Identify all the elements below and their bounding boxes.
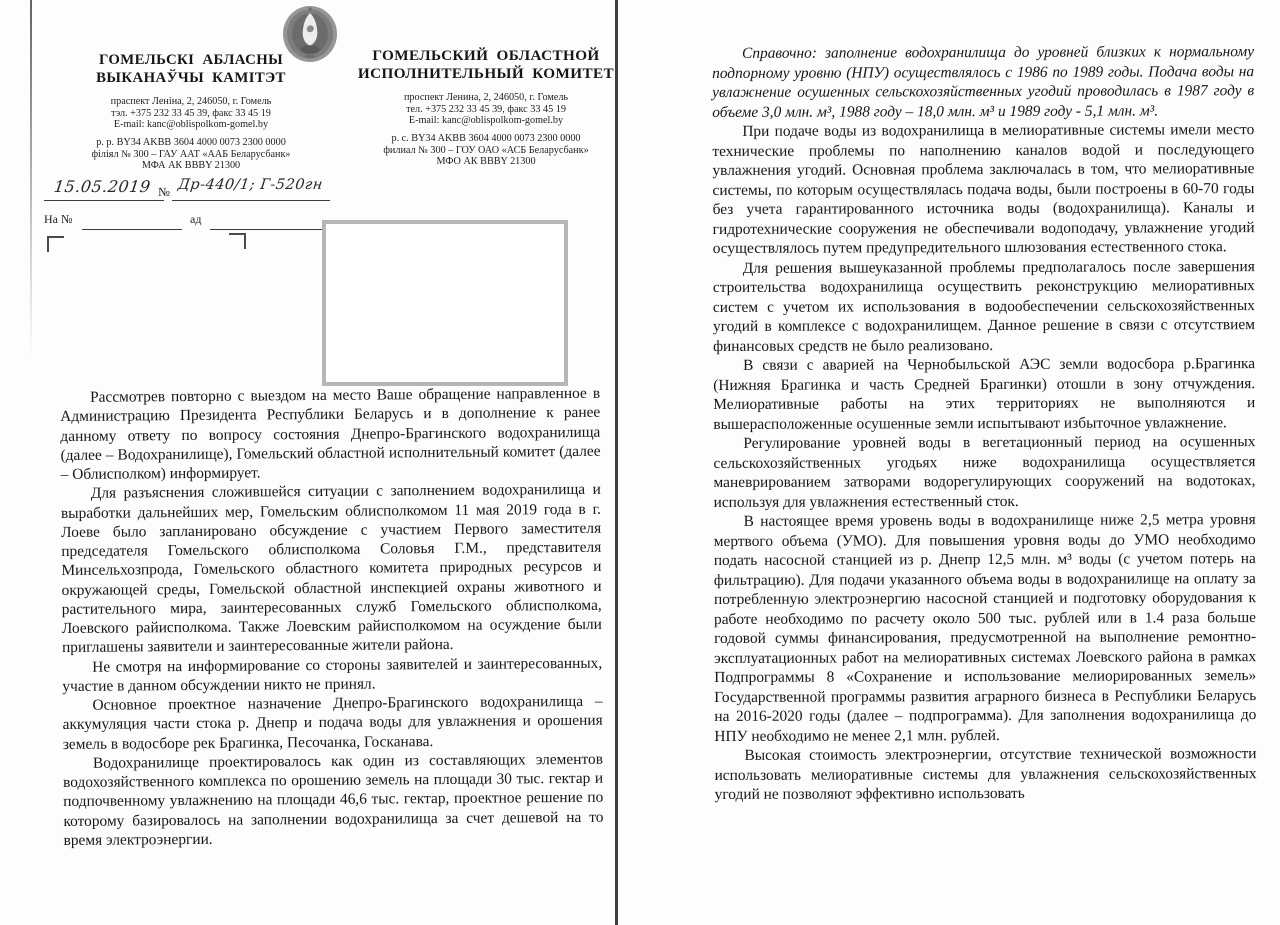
address-line: тэл. +375 232 33 45 39, факс 33 45 19	[58, 108, 324, 120]
incoming-from-label: ад	[190, 212, 201, 227]
incoming-from-underline	[210, 228, 324, 230]
paragraph: При подаче воды из водохранилища в мелио…	[712, 120, 1254, 258]
number-underline	[172, 199, 330, 201]
paragraph: Водохранилище проектировалось как один и…	[63, 749, 604, 849]
paragraph: Для разъяснения сложившейся ситуации с з…	[61, 480, 602, 657]
scanned-letter: ГОМЕЛЬСКІ АБЛАСНЫ ВЫКАНАЎЧЫ КАМІТЭТ прас…	[0, 0, 1280, 925]
letter-body-right: Справочно: заполнение водохранилища до у…	[712, 42, 1257, 804]
paragraph: Рассмотрев повторно с выездом на место В…	[60, 384, 601, 484]
page-divider	[615, 0, 618, 925]
org-title-line: ИСПОЛНИТЕЛЬНЫЙ КОМИТЕТ	[350, 65, 622, 83]
incoming-ref-label: На №	[44, 212, 72, 227]
addressee-corner-mark-right	[229, 233, 246, 249]
bank-line: р. р. BY34 AKBB 3604 4000 0073 2300 0000	[48, 137, 334, 149]
paragraph: В настоящее время уровень воды в водохра…	[714, 510, 1257, 746]
address-line: праспект Леніна, 2, 246050, г. Гомель	[58, 96, 324, 108]
address-line: E-mail: kanc@oblispolkom-gomel.by	[350, 115, 622, 127]
address-line: проспект Ленина, 2, 246050, г. Гомель	[350, 92, 622, 104]
bank-line: філіял № 300 – ГАУ ААТ «ААБ Беларусбанк»	[48, 149, 334, 161]
outgoing-number-label: №	[158, 185, 170, 200]
org-title-line: ВЫКАНАЎЧЫ КАМІТЭТ	[58, 70, 324, 88]
outgoing-number-handwritten: Др-440/1; Г-520гн	[177, 177, 324, 193]
org-title-belarusian: ГОМЕЛЬСКІ АБЛАСНЫ ВЫКАНАЎЧЫ КАМІТЭТ	[58, 52, 324, 87]
address-line: тел. +375 232 33 45 39, факс 33 45 19	[350, 104, 622, 116]
org-address-russian: проспект Ленина, 2, 246050, г. Гомель те…	[350, 92, 622, 127]
scan-edge-shadow	[30, 0, 32, 360]
incoming-ref-underline	[82, 228, 182, 230]
org-bank-details-russian: р. с. BY34 AKBB 3604 4000 0073 2300 0000…	[342, 133, 630, 168]
paragraph: Не смотря на информирование со стороны з…	[62, 653, 602, 696]
org-title-line: ГОМЕЛЬСКИЙ ОБЛАСТНОЙ	[350, 47, 622, 65]
org-bank-details-belarusian: р. р. BY34 AKBB 3604 4000 0073 2300 0000…	[48, 137, 334, 172]
paragraph: В связи с аварией на Чернобыльской АЭС з…	[713, 354, 1255, 434]
org-title-line: ГОМЕЛЬСКІ АБЛАСНЫ	[58, 52, 324, 70]
addressee-corner-mark-left	[47, 236, 64, 252]
org-title-russian: ГОМЕЛЬСКИЙ ОБЛАСТНОЙ ИСПОЛНИТЕЛЬНЫЙ КОМИ…	[350, 47, 622, 83]
date-underline	[44, 199, 164, 201]
paragraph: Основное проектное назначение Днепро-Бра…	[62, 692, 602, 754]
bank-line: р. с. BY34 AKBB 3604 4000 0073 2300 0000	[342, 133, 630, 145]
address-line: E-mail: kanc@oblispolkom-gomel.by	[58, 119, 324, 131]
bank-line: МФО АК BBBY 21300	[342, 156, 630, 168]
letter-body-left: Рассмотрев повторно с выездом на место В…	[60, 384, 604, 850]
outgoing-date-handwritten: 15.05.2019	[53, 177, 152, 196]
paragraph: Для решения вышеуказанной проблемы предп…	[713, 257, 1255, 356]
org-address-belarusian: праспект Леніна, 2, 246050, г. Гомель тэ…	[58, 96, 324, 131]
bank-line: МФА АК BBBY 21300	[48, 160, 334, 172]
bank-line: филиал № 300 – ГОУ ОАО «АСБ Беларусбанк»	[342, 145, 630, 157]
paragraph: Регулирование уровней воды в вегетационн…	[713, 432, 1255, 512]
redaction-box	[322, 220, 568, 386]
paragraph: Высокая стоимость электроэнергии, отсутс…	[714, 744, 1256, 804]
paragraph-reference-note: Справочно: заполнение водохранилища до у…	[712, 42, 1254, 122]
